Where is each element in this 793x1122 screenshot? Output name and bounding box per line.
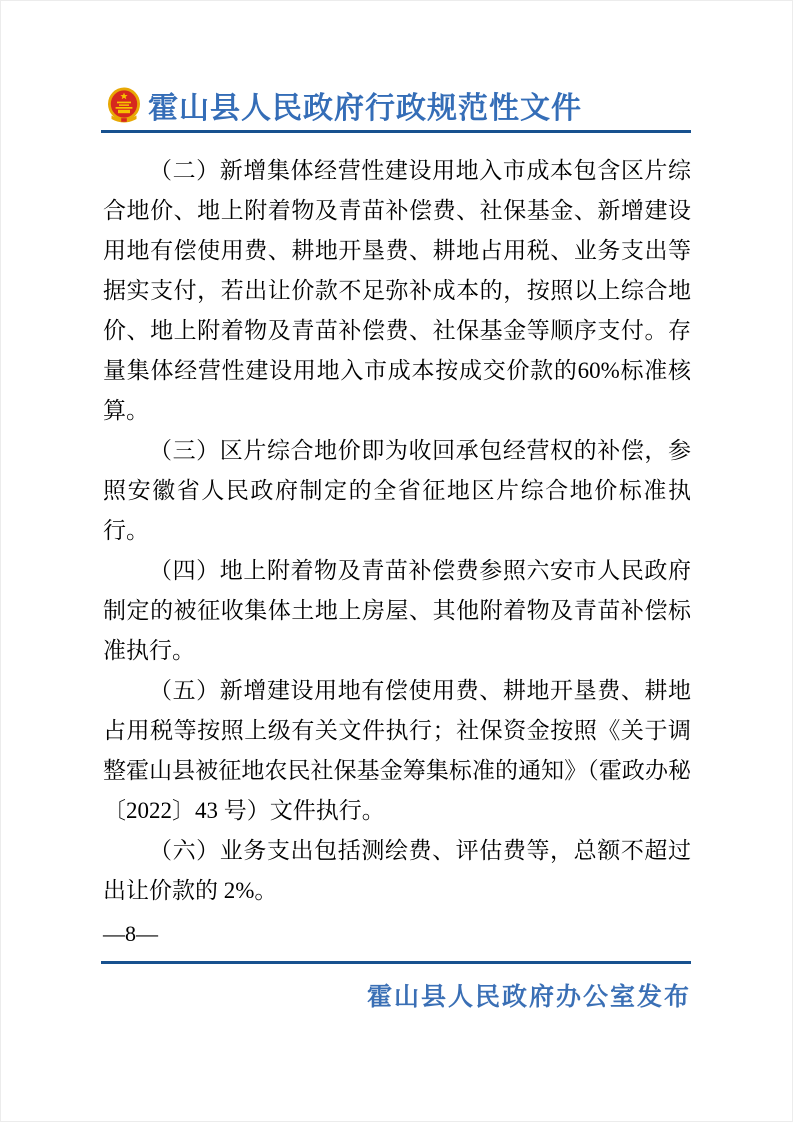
paragraph-item-4: （四）地上附着物及青苗补偿费参照六安市人民政府制定的被征收集体土地上房屋、其他附… — [103, 551, 691, 671]
document-header: 霍山县人民政府行政规范性文件 — [107, 83, 582, 127]
paragraph-item-5: （五）新增建设用地有偿使用费、耕地开垦费、耕地占用税等按照上级有关文件执行；社保… — [103, 671, 691, 831]
footer-divider — [101, 961, 691, 964]
paragraph-item-3: （三）区片综合地价即为收回承包经营权的补偿，参照安徽省人民政府制定的全省征地区片… — [103, 431, 691, 551]
national-emblem-icon — [107, 87, 141, 123]
document-page: 霍山县人民政府行政规范性文件 （二）新增集体经营性建设用地入市成本包含区片综合地… — [0, 0, 793, 1122]
paragraph-item-6: （六）业务支出包括测绘费、评估费等，总额不超过出让价款的 2%。 — [103, 831, 691, 911]
header-divider — [101, 130, 691, 133]
document-body: （二）新增集体经营性建设用地入市成本包含区片综合地价、地上附着物及青苗补偿费、社… — [103, 151, 691, 951]
page-number: —8— — [103, 917, 691, 951]
publisher-line: 霍山县人民政府办公室发布 — [103, 977, 691, 1013]
paragraph-item-2: （二）新增集体经营性建设用地入市成本包含区片综合地价、地上附着物及青苗补偿费、社… — [103, 151, 691, 431]
header-title: 霍山县人民政府行政规范性文件 — [148, 83, 582, 127]
